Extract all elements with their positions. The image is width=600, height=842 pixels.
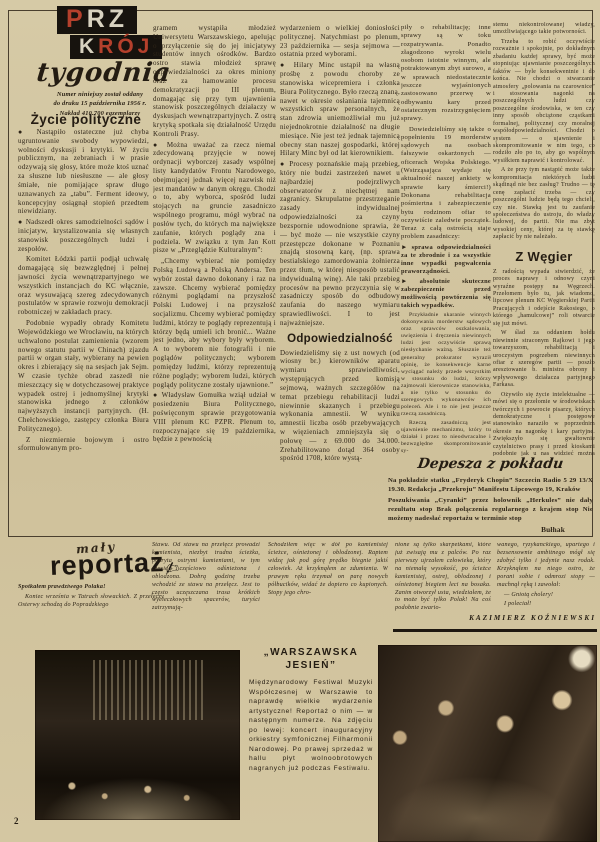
- paragraph: Dowiedzieliśmy się także o popełnieniu 1…: [401, 126, 491, 242]
- article-column-1: ● Nastąpiło ostateczne już chyba ugrunto…: [18, 128, 149, 536]
- depesza-title: Depesza z pokładu: [387, 456, 594, 472]
- depesza-address: Na pokładzie statku „Fryderyk Chopin” Sz…: [388, 476, 593, 494]
- paragraph: gramem wystąpiła młodzież Uniwersytetu W…: [153, 24, 276, 139]
- section-heading-odpowiedzialnosc: Odpowiedzialność: [280, 333, 400, 345]
- newspaper-page: PRZ KRÓJ tygodnia Numer niniejszy został…: [0, 0, 600, 842]
- paragraph: Dowiedzieliśmy się z ust nowych (od wios…: [280, 349, 400, 464]
- reportaz-lead: Spotkałem prawdziwego Polaka!: [18, 584, 164, 592]
- paragraph: nione są tylko skarpetkami, które już zw…: [395, 542, 491, 613]
- reportaz-author-signature: KAZIMIERZ KOŹNIEWSKI: [428, 614, 596, 622]
- paragraph: ● Hilary Minc ustąpił na własną prośbę z…: [280, 61, 400, 158]
- przekroj-logo-top: PRZ: [57, 6, 137, 34]
- paragraph: Komitet Łódzki partii podjął uchwałę dom…: [18, 255, 149, 317]
- article-title-zycie-polityczne: Życie polityczne: [16, 112, 156, 127]
- depesza-body: Poszukiwania „Cyranki” przez holownik „H…: [388, 496, 593, 523]
- paragraph: piły o rehabilitację; inne sprawy są w t…: [401, 24, 491, 124]
- paragraph: ● Można uważać za rzecz niemal zdecydowa…: [153, 141, 276, 256]
- right-photo-record-sale: [378, 645, 597, 842]
- left-photo-concert-hall: [35, 650, 240, 820]
- przekroj-logo-bottom: KRÓJ: [70, 35, 162, 59]
- article-column-2: gramem wystąpiła młodzież Uniwersytetu W…: [153, 24, 276, 536]
- caption-title-warszawska-jesien: „WARSZAWSKA JESIEŃ”: [249, 646, 373, 672]
- paragraph: Przykładnie ukaranie winnych dokonywania…: [401, 312, 491, 418]
- arrow-point-2: ► absolutnie skuteczne zabezpieczenie pr…: [401, 278, 491, 310]
- section-heading-z-wegier: Z Węgier: [493, 249, 595, 264]
- paragraph: ● Nadszedł okres samodzielności sądów i …: [18, 218, 149, 253]
- paragraph: ● Władysław Gomułka wziął udział w posie…: [153, 391, 276, 444]
- paragraph: A że przy tym nastąpić może także kompro…: [493, 167, 595, 241]
- paragraph: Schodziłem więc w dół po kamienistej ści…: [268, 542, 388, 597]
- paragraph: wanego, ryzykanckiego, upartego i bezsen…: [497, 542, 595, 590]
- paragraph: ● Nastąpiło ostateczne już chyba ugrunto…: [18, 128, 149, 216]
- reportaz-dialogue-line: I poleciał!: [497, 601, 595, 609]
- paragraph: Z radością wypada stwierdzić, że proces …: [493, 269, 595, 329]
- reportaz-column-4: nione są tylko skarpetkami, które już zw…: [395, 542, 491, 624]
- paragraph: Ożywiło się życie intelektualne — mówi s…: [493, 392, 595, 456]
- paragraph: Rzeczą zasadniczą jest ujawnienie mechan…: [401, 420, 491, 454]
- article-column-3: wydarzeniem o wielkiej doniosłości polit…: [280, 24, 400, 536]
- logo-main-reportaz: reportaż: [50, 550, 165, 578]
- paragraph: Koniec września w Tatrach słowackich. Z …: [18, 594, 164, 610]
- reportaz-column-2: Stawu. Od stawu na przełęcz prowadzi kam…: [152, 542, 260, 640]
- reportaz-column-1: Spotkałem prawdziwego Polaka! Koniec wrz…: [18, 584, 164, 640]
- reportaz-column-5: wanego, ryzykanckiego, upartego i bezsen…: [497, 542, 595, 614]
- paragraph: W ślad za oddaniem hołdu niewinnie strac…: [493, 330, 595, 390]
- caption-body-text: Międzynarodowy Festiwal Muzyki Współczes…: [249, 678, 373, 773]
- depesza-section: Depesza z pokładu Na pokładzie statku „F…: [388, 456, 593, 537]
- paragraph: Z niezmiernie bojowym i ostro sformułowa…: [18, 436, 149, 454]
- heavy-divider-rule: [393, 629, 597, 632]
- depesza-signature: Bułhak: [388, 525, 593, 535]
- paragraph: Stawu. Od stawu na przełęcz prowadzi kam…: [152, 542, 260, 613]
- page-number: 2: [14, 816, 19, 826]
- paragraph: stemu niekontrolowanej władzy, umożliwia…: [493, 22, 595, 37]
- paragraph: Podobnie wypadły obrady Komitetu Wojewód…: [18, 319, 149, 434]
- paragraph: „Chcemy wybierać nie pomiędzy Polską Lud…: [153, 257, 276, 389]
- paragraph: ● Procesy poznańskie mają przebieg, któr…: [280, 160, 400, 327]
- photo-caption-block: „WARSZAWSKA JESIEŃ” Międzynarodowy Festi…: [249, 646, 373, 773]
- paragraph: Trzeba to robić oczywiście rozważnie i s…: [493, 39, 595, 165]
- article-column-5: stemu niekontrolowanej władzy, umożliwia…: [493, 22, 595, 456]
- reportaz-column-3: Schodziłem więc w dół po kamienistej ści…: [268, 542, 388, 638]
- arrow-point-1: ► sprawa odpowiedzialności za te zbrodni…: [401, 244, 491, 276]
- article-column-4: piły o rehabilitację; inne sprawy są w t…: [401, 24, 491, 454]
- reportaz-dialogue-line: — Gniotą cholery!: [497, 592, 595, 600]
- paragraph: wydarzeniem o wielkiej doniosłości polit…: [280, 24, 400, 59]
